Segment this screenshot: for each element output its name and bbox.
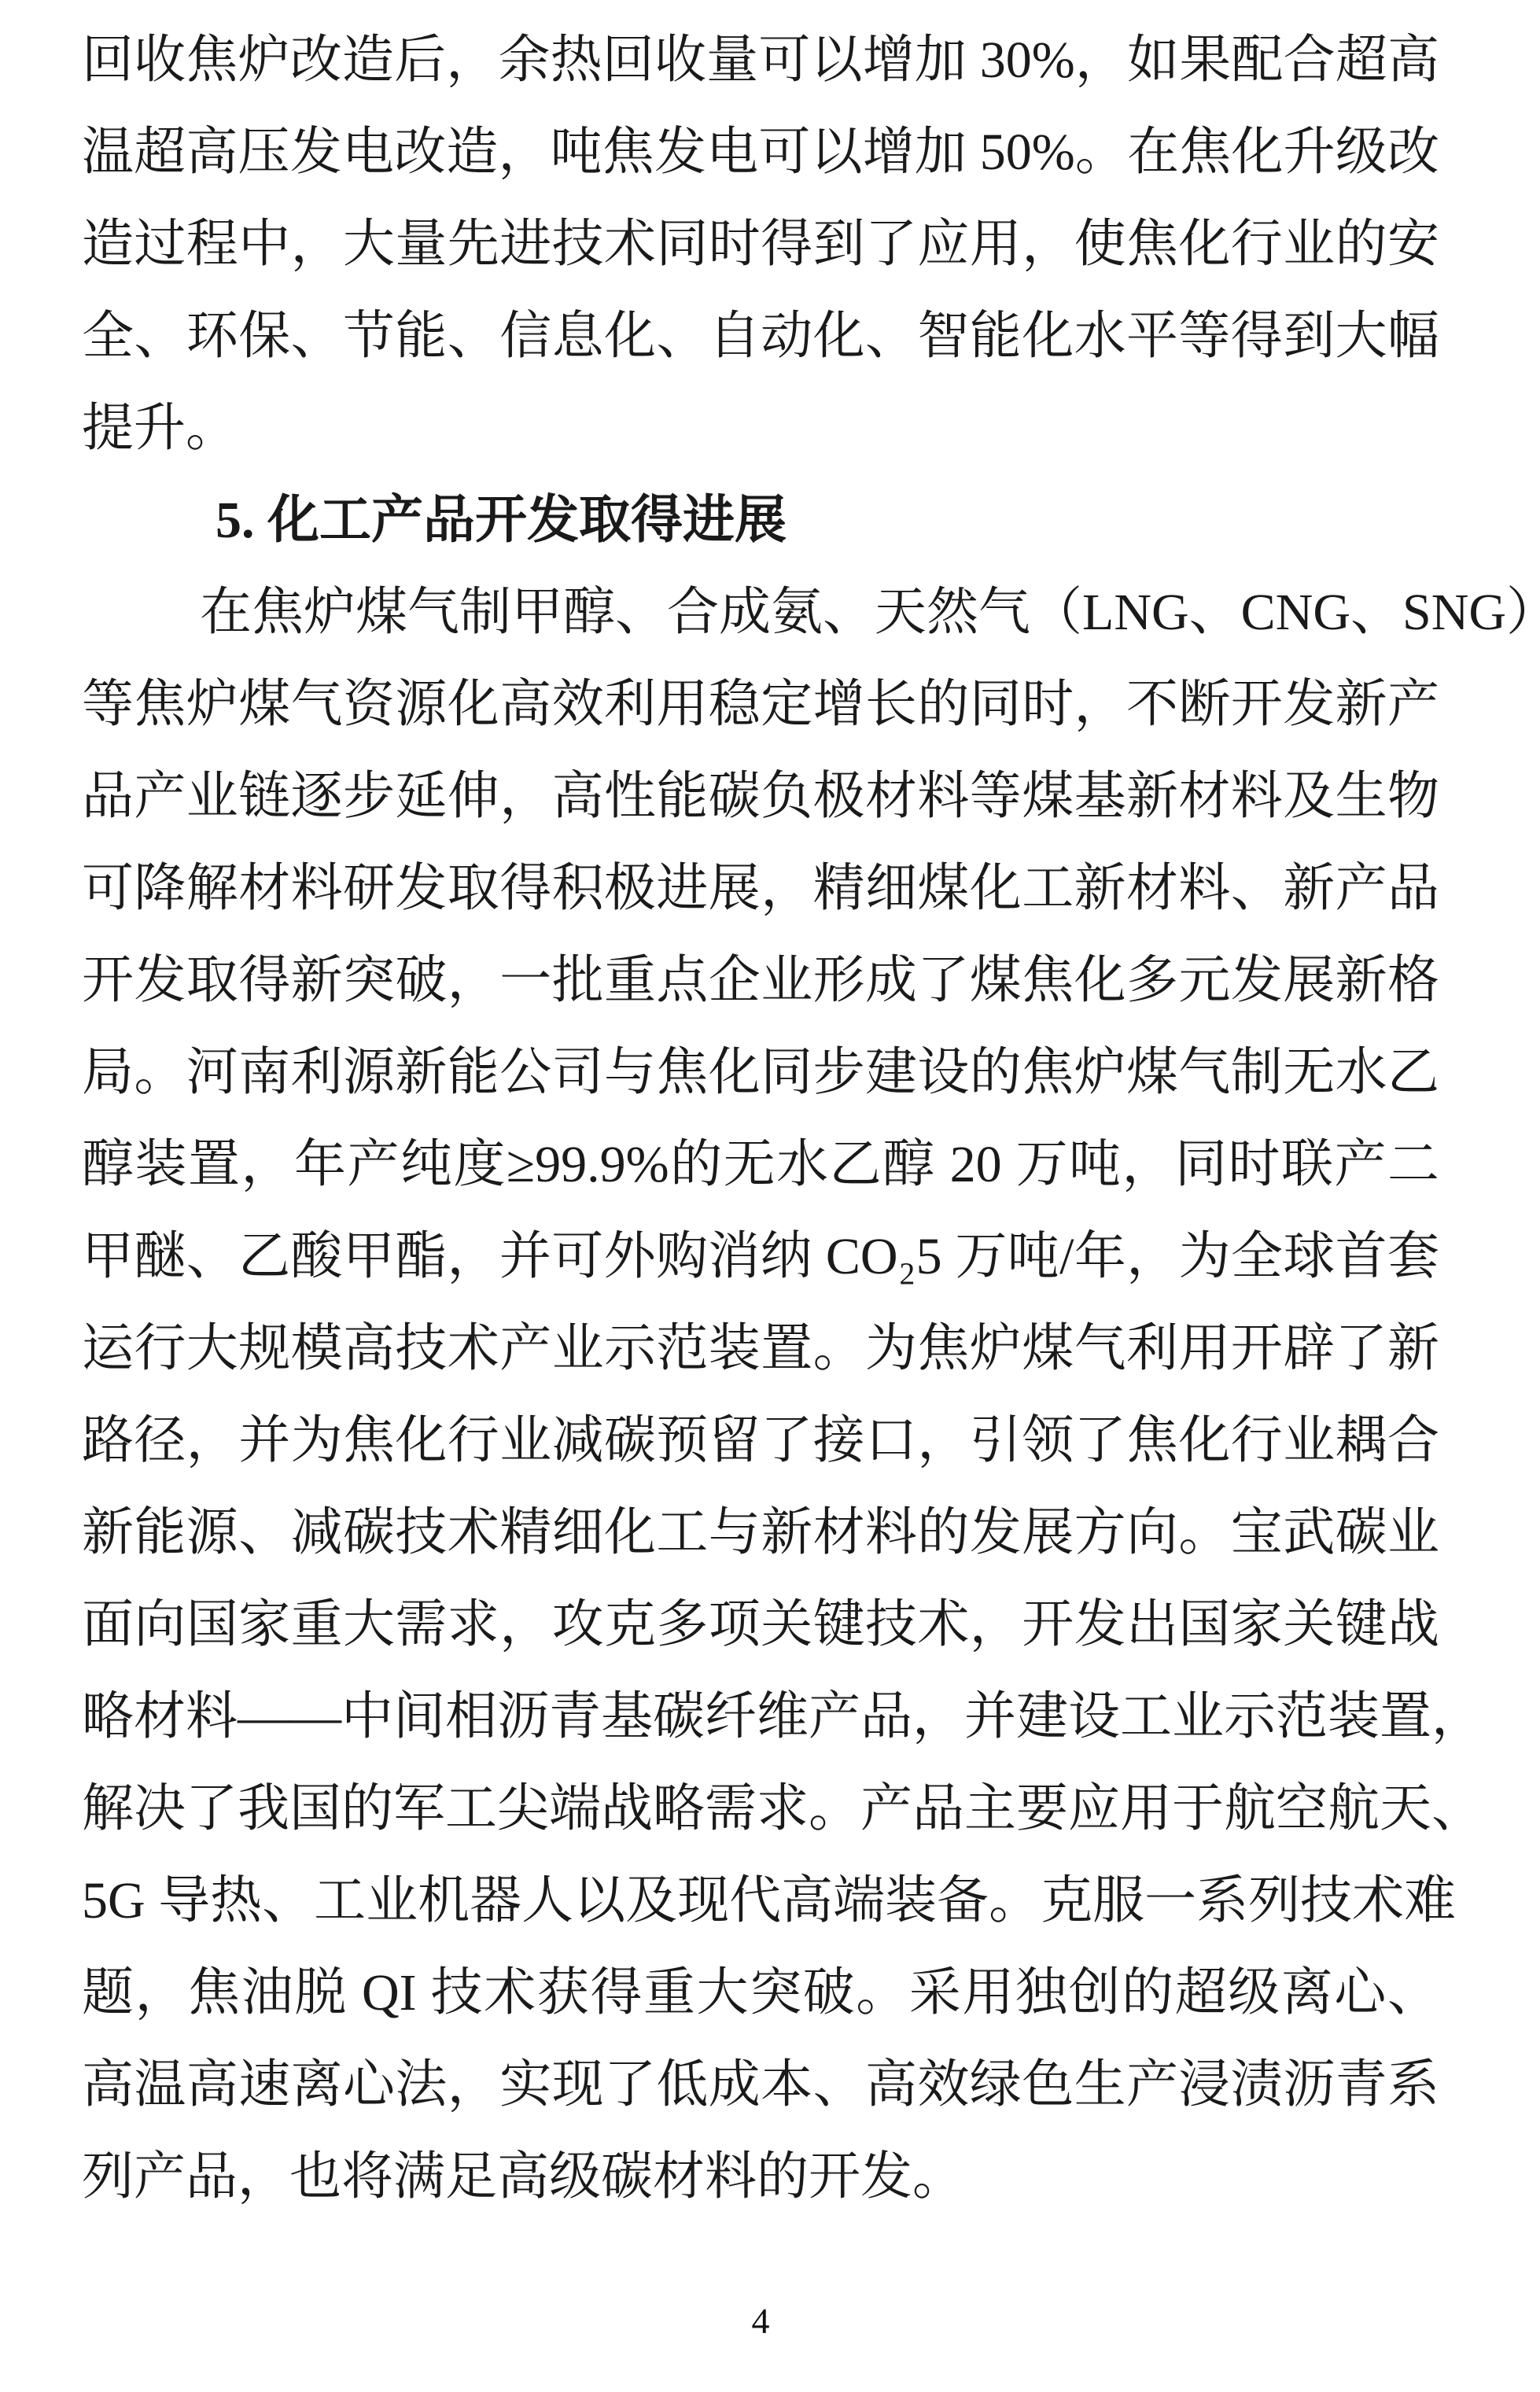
text-line: 提升。	[82, 382, 1439, 474]
text-line: 解决了我国的军工尖端战略需求。产品主要应用于航空航天、	[82, 1763, 1439, 1855]
text-line: 题，焦油脱 QI 技术获得重大突破。采用独创的超级离心、	[82, 1947, 1439, 2039]
section-heading: 5. 化工产品开发取得进展	[82, 474, 1439, 566]
text-line: 甲醚、乙酸甲酯，并可外购消纳 CO₂5 万吨/年，为全球首套	[82, 1211, 1439, 1303]
text-line: 略材料——中间相沥青基碳纤维产品，并建设工业示范装置，	[82, 1671, 1439, 1763]
text-line: 路径，并为焦化行业减碳预留了接口，引领了焦化行业耦合	[82, 1395, 1439, 1487]
text-line: 回收焦炉改造后，余热回收量可以增加 30%，如果配合超高	[82, 14, 1439, 106]
text-line: 可降解材料研发取得积极进展，精细煤化工新材料、新产品	[82, 842, 1439, 934]
text-line: 温超高压发电改造，吨焦发电可以增加 50%。在焦化升级改	[82, 106, 1439, 198]
text-line: 高温高速离心法，实现了低成本、高效绿色生产浸渍沥青系	[82, 2039, 1439, 2131]
paragraph-1: 回收焦炉改造后，余热回收量可以增加 30%，如果配合超高 温超高压发电改造，吨焦…	[82, 14, 1439, 474]
text-line: 造过程中，大量先进技术同时得到了应用，使焦化行业的安	[82, 198, 1439, 290]
text-line: 品产业链逐步延伸，高性能碳负极材料等煤基新材料及生物	[82, 750, 1439, 842]
text-line: 在焦炉煤气制甲醇、合成氨、天然气（LNG、CNG、SNG）	[82, 566, 1439, 658]
text-line: 新能源、减碳技术精细化工与新材料的发展方向。宝武碳业	[82, 1487, 1439, 1579]
text-line: 运行大规模高技术产业示范装置。为焦炉煤气利用开辟了新	[82, 1303, 1439, 1395]
text-line: 全、环保、节能、信息化、自动化、智能化水平等得到大幅	[82, 290, 1439, 382]
document-page: 回收焦炉改造后，余热回收量可以增加 30%，如果配合超高 温超高压发电改造，吨焦…	[0, 0, 1540, 2392]
text-line: 醇装置，年产纯度≥99.9%的无水乙醇 20 万吨，同时联产二	[82, 1119, 1439, 1211]
text-line: 5G 导热、工业机器人以及现代高端装备。克服一系列技术难	[82, 1855, 1439, 1947]
paragraph-2: 在焦炉煤气制甲醇、合成氨、天然气（LNG、CNG、SNG） 等焦炉煤气资源化高效…	[82, 566, 1439, 2223]
text-line: 开发取得新突破，一批重点企业形成了煤焦化多元发展新格	[82, 934, 1439, 1026]
page-number: 4	[82, 2298, 1439, 2345]
text-line: 局。河南利源新能公司与焦化同步建设的焦炉煤气制无水乙	[82, 1026, 1439, 1119]
text-line: 面向国家重大需求，攻克多项关键技术，开发出国家关键战	[82, 1579, 1439, 1671]
text-line: 列产品，也将满足高级碳材料的开发。	[82, 2131, 1439, 2223]
text-line: 等焦炉煤气资源化高效利用稳定增长的同时，不断开发新产	[82, 658, 1439, 750]
